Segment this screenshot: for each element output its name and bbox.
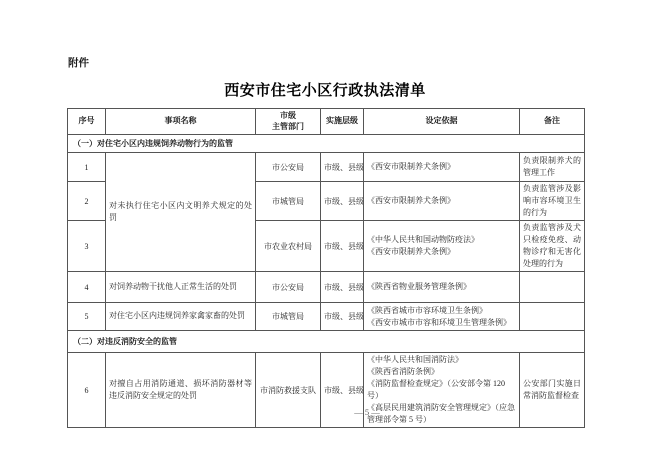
cell-remark: 公安部门实施日常消防监督检查 xyxy=(520,353,585,428)
header-department: 市级 主管部门 xyxy=(256,109,321,135)
cell-basis: 《陕西省城市市容环境卫生条例》 《西安市城市市容和环境卫生管理条例》 xyxy=(364,303,520,331)
table-row: 1 对未执行住宅小区内文明养犬规定的处罚 市公安局 市级、县级 《西安市限制养犬… xyxy=(68,153,585,182)
cell-level: 市级、县级 xyxy=(321,221,364,272)
cell-level: 市级、县级 xyxy=(321,303,364,331)
cell-serial: 3 xyxy=(68,221,106,272)
cell-serial: 5 xyxy=(68,303,106,331)
section-title: （二）对违反消防安全的监管 xyxy=(68,331,585,353)
cell-department: 市城管局 xyxy=(256,303,321,331)
cell-serial: 1 xyxy=(68,153,106,182)
cell-item-name: 对擅自占用消防通道、损坏消防器材等违反消防安全规定的处罚 xyxy=(106,353,256,428)
cell-item-name: 对住宅小区内违规饲养家禽家畜的处罚 xyxy=(106,303,256,331)
section-title: （一）对住宅小区内违规饲养动物行为的监管 xyxy=(68,135,585,153)
cell-item-name: 对未执行住宅小区内文明养犬规定的处罚 xyxy=(106,153,256,272)
header-serial: 序号 xyxy=(68,109,106,135)
header-basis: 设定依据 xyxy=(364,109,520,135)
table-header-row: 序号 事项名称 市级 主管部门 实施层级 设定依据 备注 xyxy=(68,109,585,135)
section-row-1: （一）对住宅小区内违规饲养动物行为的监管 xyxy=(68,135,585,153)
document-page: 附件 西安市住宅小区行政执法清单 序号 事项名称 市级 主管部门 实施层级 设定… xyxy=(0,0,650,459)
cell-department: 市城管局 xyxy=(256,182,321,221)
attachment-label: 附件 xyxy=(68,55,89,70)
cell-department: 市公安局 xyxy=(256,272,321,303)
enforcement-table: 序号 事项名称 市级 主管部门 实施层级 设定依据 备注 （一）对住宅小区内违规… xyxy=(67,108,585,428)
cell-department: 市农业农村局 xyxy=(256,221,321,272)
cell-basis: 《中华人民共和国动物防疫法》 《西安市限制养犬条例》 xyxy=(364,221,520,272)
cell-level: 市级、县级 xyxy=(321,182,364,221)
cell-basis: 《西安市限制养犬条例》 xyxy=(364,153,520,182)
cell-serial: 4 xyxy=(68,272,106,303)
header-level: 实施层级 xyxy=(321,109,364,135)
cell-serial: 6 xyxy=(68,353,106,428)
cell-basis: 《西安市限制养犬条例》 xyxy=(364,182,520,221)
page-title: 西安市住宅小区行政执法清单 xyxy=(0,79,650,100)
cell-basis: 《陕西省物业服务管理条例》 xyxy=(364,272,520,303)
section-row-2: （二）对违反消防安全的监管 xyxy=(68,331,585,353)
table-row: 6 对擅自占用消防通道、损坏消防器材等违反消防安全规定的处罚 市消防救援支队 市… xyxy=(68,353,585,428)
header-remark: 备注 xyxy=(520,109,585,135)
cell-level: 市级、县级 xyxy=(321,153,364,182)
cell-remark: 负责监管涉及影响市容环境卫生的行为 xyxy=(520,182,585,221)
cell-serial: 2 xyxy=(68,182,106,221)
cell-item-name: 对饲养动物干扰他人正常生活的处罚 xyxy=(106,272,256,303)
cell-remark xyxy=(520,272,585,303)
cell-department: 市消防救援支队 xyxy=(256,353,321,428)
table-row: 5 对住宅小区内违规饲养家禽家畜的处罚 市城管局 市级、县级 《陕西省城市市容环… xyxy=(68,303,585,331)
cell-remark xyxy=(520,303,585,331)
cell-remark: 负责限制养犬的管理工作 xyxy=(520,153,585,182)
table-row: 4 对饲养动物干扰他人正常生活的处罚 市公安局 市级、县级 《陕西省物业服务管理… xyxy=(68,272,585,303)
page-number: — 5 — xyxy=(337,407,397,417)
header-item-name: 事项名称 xyxy=(106,109,256,135)
cell-department: 市公安局 xyxy=(256,153,321,182)
cell-level: 市级、县级 xyxy=(321,272,364,303)
cell-remark: 负责监管涉及犬只检疫免疫、动物诊疗和无害化处理的行为 xyxy=(520,221,585,272)
